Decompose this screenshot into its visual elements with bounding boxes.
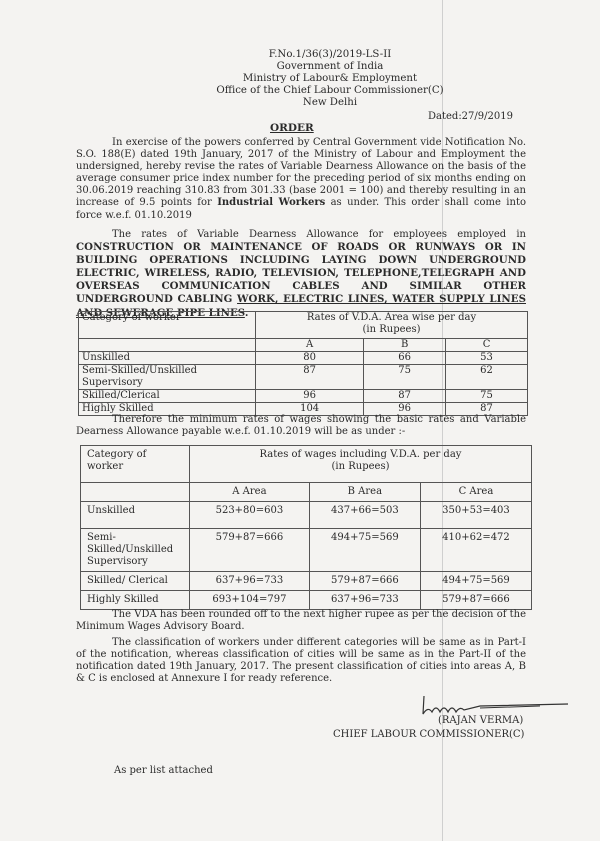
wage-value: 523+80=603 — [190, 502, 310, 529]
wage-table: Category of worker Rates of wages includ… — [80, 445, 532, 610]
wage-category: Highly Skilled — [81, 591, 190, 610]
wage-category: Unskilled — [81, 502, 190, 529]
file-number: F.No.1/36(3)/2019-LS-II — [30, 49, 600, 61]
vda-area-b: B — [364, 339, 446, 352]
vda-value: 75 — [364, 365, 446, 390]
wage-area-a: A Area — [190, 483, 310, 502]
vda-area-a: A — [256, 339, 364, 352]
vda-category: Skilled/Clerical — [79, 390, 256, 403]
date-line: Dated:27/9/2019 — [428, 111, 513, 122]
paragraph-5-text: The classification of workers under diff… — [76, 637, 526, 684]
paragraph-3-text: Therefore the minimum rates of wages sho… — [76, 414, 526, 437]
wage-value: 637+96=733 — [190, 572, 310, 591]
wage-value: 350+53=403 — [420, 502, 531, 529]
table-row: Skilled/Clerical 96 87 75 — [79, 390, 528, 403]
city-line: New Delhi — [30, 97, 600, 109]
vda-header-rates-unit: (in Rupees) — [259, 324, 524, 336]
wage-header-rates: Rates of wages including V.D.A. per day … — [190, 446, 532, 483]
document-page: F.No.1/36(3)/2019-LS-II Government of In… — [0, 0, 600, 841]
office-line: Office of the Chief Labour Commissioner(… — [30, 85, 600, 97]
wage-value: 693+104=797 — [190, 591, 310, 610]
vda-value: 87 — [256, 365, 364, 390]
wage-category: Semi-Skilled/Unskilled Supervisory — [81, 529, 190, 572]
wage-value: 579+87=666 — [190, 529, 310, 572]
vda-area-c: C — [446, 339, 528, 352]
vda-value: 80 — [256, 352, 364, 365]
vda-value: 87 — [364, 390, 446, 403]
vda-value: 53 — [446, 352, 528, 365]
vda-header-category: Category of worker — [79, 312, 256, 339]
paragraph-4-text: The VDA has been rounded off to the next… — [76, 609, 526, 632]
vda-value: 62 — [446, 365, 528, 390]
wage-value: 637+96=733 — [309, 591, 420, 610]
vda-category: Semi-Skilled/Unskilled Supervisory — [79, 365, 256, 390]
government-line: Government of India — [30, 61, 600, 73]
vda-value: 96 — [256, 390, 364, 403]
paragraph-3: Therefore the minimum rates of wages sho… — [76, 414, 526, 438]
paragraph-1: In exercise of the powers conferred by C… — [76, 137, 526, 222]
vda-category: Unskilled — [79, 352, 256, 365]
paragraph-1-bold: Industrial Workers — [217, 197, 325, 208]
paragraph-4: The VDA has been rounded off to the next… — [76, 609, 526, 633]
wage-area-c: C Area — [420, 483, 531, 502]
wage-value: 494+75=569 — [420, 572, 531, 591]
table-row: Highly Skilled 693+104=797 637+96=733 57… — [81, 591, 532, 610]
signatory-name: (RAJAN VERMA) — [438, 715, 523, 726]
wage-header-rates-unit: (in Rupees) — [196, 461, 525, 473]
vda-header-rates: Rates of V.D.A. Area wise per day (in Ru… — [256, 312, 528, 339]
vda-empty-cell — [79, 339, 256, 352]
vda-value: 66 — [364, 352, 446, 365]
wage-header-category: Category of worker — [81, 446, 190, 483]
table-row: Unskilled 80 66 53 — [79, 352, 528, 365]
table-row: Semi-Skilled/Unskilled Supervisory 579+8… — [81, 529, 532, 572]
vda-value: 75 — [446, 390, 528, 403]
wage-value: 579+87=666 — [309, 572, 420, 591]
wage-value: 494+75=569 — [309, 529, 420, 572]
wage-header-rates-label: Rates of wages including V.D.A. per day — [196, 449, 525, 461]
table-row: Semi-Skilled/Unskilled Supervisory 87 75… — [79, 365, 528, 390]
wage-area-b: B Area — [309, 483, 420, 502]
wage-empty-cell — [81, 483, 190, 502]
table-row: Unskilled 523+80=603 437+66=503 350+53=4… — [81, 502, 532, 529]
wage-value: 579+87=666 — [420, 591, 531, 610]
wage-value: 437+66=503 — [309, 502, 420, 529]
ministry-line: Ministry of Labour& Employment — [30, 73, 600, 85]
table-row: Skilled/ Clerical 637+96=733 579+87=666 … — [81, 572, 532, 591]
order-title: ORDER — [270, 122, 314, 134]
vda-table: Category of worker Rates of V.D.A. Area … — [78, 311, 528, 416]
signatory-title: CHIEF LABOUR COMMISSIONER(C) — [333, 729, 524, 740]
paragraph-5: The classification of workers under diff… — [76, 637, 526, 685]
wage-value: 410+62=472 — [420, 529, 531, 572]
vda-header-rates-label: Rates of V.D.A. Area wise per day — [259, 312, 524, 324]
footer-note: As per list attached — [114, 765, 213, 776]
paragraph-2: The rates of Variable Dearness Allowance… — [76, 229, 526, 320]
wage-category: Skilled/ Clerical — [81, 572, 190, 591]
paragraph-2-intro: The rates of Variable Dearness Allowance… — [112, 229, 526, 240]
